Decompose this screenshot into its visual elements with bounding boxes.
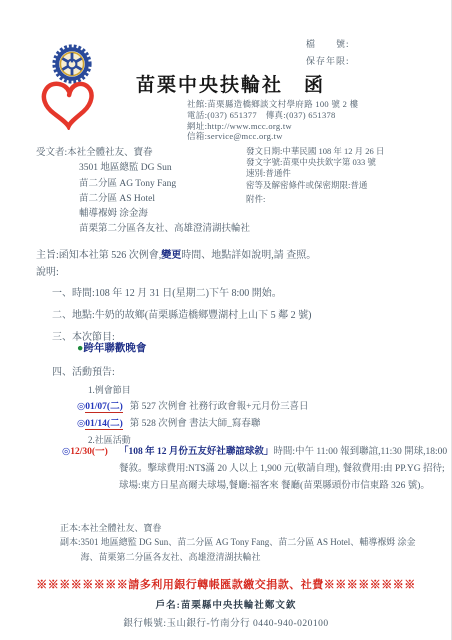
item-time: 一、時間:108 年 12 月 31 日(星期二)下午 8:00 開始。 (52, 284, 282, 299)
document-page: 檔 號: 保存年限: 苗栗中央扶輪社 函 社館:苗栗縣造橋鄉談文村學府路 100… (0, 0, 452, 640)
letterhead-contact: 社館:苗栗縣造橋鄉談文村學府路 100 號 2 樓 電話:(037) 65137… (187, 99, 358, 142)
program-line: ●跨年聯歡晚會 (77, 340, 146, 355)
speed-class: 速別:普通件 (246, 168, 448, 179)
subsection-meetings: 1.例會節目 (88, 383, 131, 396)
recipient-line: 苗二分區 AS Hotel (79, 192, 250, 207)
event-row: ◎01/14(二)第 528 次例會 書法大師_寫春聯 (77, 415, 260, 429)
heart-icon (40, 78, 96, 130)
event-row: ◎01/07(二)第 527 次例會 社務行政會報+元月份三喜日 (77, 398, 309, 412)
subject-highlight: 變更 (161, 250, 181, 261)
recipient-label: 受文者: (36, 148, 67, 158)
recipient-block: 受文者:本社全體社友、寶眷 3501 地區總監 DG Sun 苗二分區 AG T… (36, 146, 250, 238)
document-title: 苗栗中央扶輪社 函 (136, 70, 325, 97)
retention-period-label: 保存年限: (306, 53, 350, 70)
org-address: 社館:苗栗縣造橋鄉談文村學府路 100 號 2 樓 (187, 99, 358, 110)
recipient-line: 苗二分區 AG Tony Fang (79, 177, 250, 192)
program-title: 跨年聯歡晚會 (83, 343, 146, 354)
original-recipients: 正本:本社全體社友、寶眷 (60, 521, 162, 534)
community-event-date-cell: ◎12/30(一) (62, 444, 119, 495)
community-event-date: 12/30(一) (70, 447, 107, 457)
bank-account: 銀行帳號:玉山銀行-竹南分行 0440-940-020100 (0, 615, 452, 629)
event-date: 01/14(二) (85, 419, 122, 430)
recipient-line: 輔導褓姆 涂金海 (79, 207, 250, 222)
doc-number: 發文字號:苗栗中央扶欽字第 033 號 (246, 157, 448, 168)
org-website: 網址:http://www.mcc.org.tw (187, 121, 358, 132)
file-number-label: 檔 號: (306, 36, 350, 53)
security-class: 密等及解密條件或保密期限:普通 (246, 180, 448, 191)
recipient-line: 3501 地區總監 DG Sun (79, 161, 250, 176)
subject-label: 主旨: (36, 250, 59, 261)
explanation-label: 說明: (36, 263, 59, 278)
event-text: 第 528 次例會 書法大師_寫春聯 (130, 419, 261, 429)
copy-label: 副本: (60, 535, 81, 566)
item-preview: 四、活動預告: (52, 363, 115, 378)
org-phone-fax: 電話:(037) 651377 傳真:(037) 651378 (187, 110, 358, 121)
recipient-line: 受文者:本社全體社友、寶眷 (36, 146, 250, 161)
subject-line: 主旨:函知本社第 526 次例會,變更時間、地點詳如說明,請 查照。 (36, 246, 448, 261)
issue-date: 發文日期:中華民國 108 年 12 月 26 日 (246, 146, 448, 157)
copy-text: 3501 地區總監 DG Sun、苗二分區 AG Tony Fang、苗二分區 … (81, 535, 426, 566)
recipient-line: 苗栗第二分區各友社、高雄澄清湖扶輪社 (79, 222, 250, 237)
community-event-row: ◎12/30(一) 「108 年 12 月份五友好社聯誼球敘」時間:中午 11:… (62, 444, 451, 495)
recipient-line-text: 本社全體社友、寶眷 (67, 148, 153, 158)
org-email: 信箱:service@mcc.org.tw (187, 131, 358, 142)
club-logo (40, 44, 110, 130)
subject-post: 時間、地點詳如說明,請 查照。 (181, 250, 316, 261)
account-name: 戶名:苗栗縣中央扶輪社鄭文欽 (0, 597, 452, 611)
copy-recipients: 副本: 3501 地區總監 DG Sun、苗二分區 AG Tony Fang、苗… (60, 535, 426, 566)
event-text: 第 527 次例會 社務行政會報+元月份三喜日 (130, 402, 309, 412)
event-date: 01/07(二) (85, 402, 122, 413)
item-place: 二、地點:牛奶的故鄉(苗栗縣造橋鄉豐湖村上山下 5 鄰 2 號) (52, 306, 311, 321)
community-event-desc: 「108 年 12 月份五友好社聯誼球敘」時間:中午 11:00 報到聯誼,11… (119, 444, 451, 495)
community-event-title: 「108 年 12 月份五友好社聯誼球敘」 (119, 447, 273, 457)
attachment-label: 附件: (246, 194, 448, 205)
payment-notice: ※※※※※※※※請多利用銀行轉帳匯款繳交捐款、社費※※※※※※※※ (0, 576, 452, 592)
file-number-block: 檔 號: 保存年限: (306, 36, 350, 70)
document-meta-block: 發文日期:中華民國 108 年 12 月 26 日 發文字號:苗栗中央扶欽字第 … (246, 146, 448, 205)
subject-pre: 函知本社第 526 次例會, (59, 250, 162, 261)
